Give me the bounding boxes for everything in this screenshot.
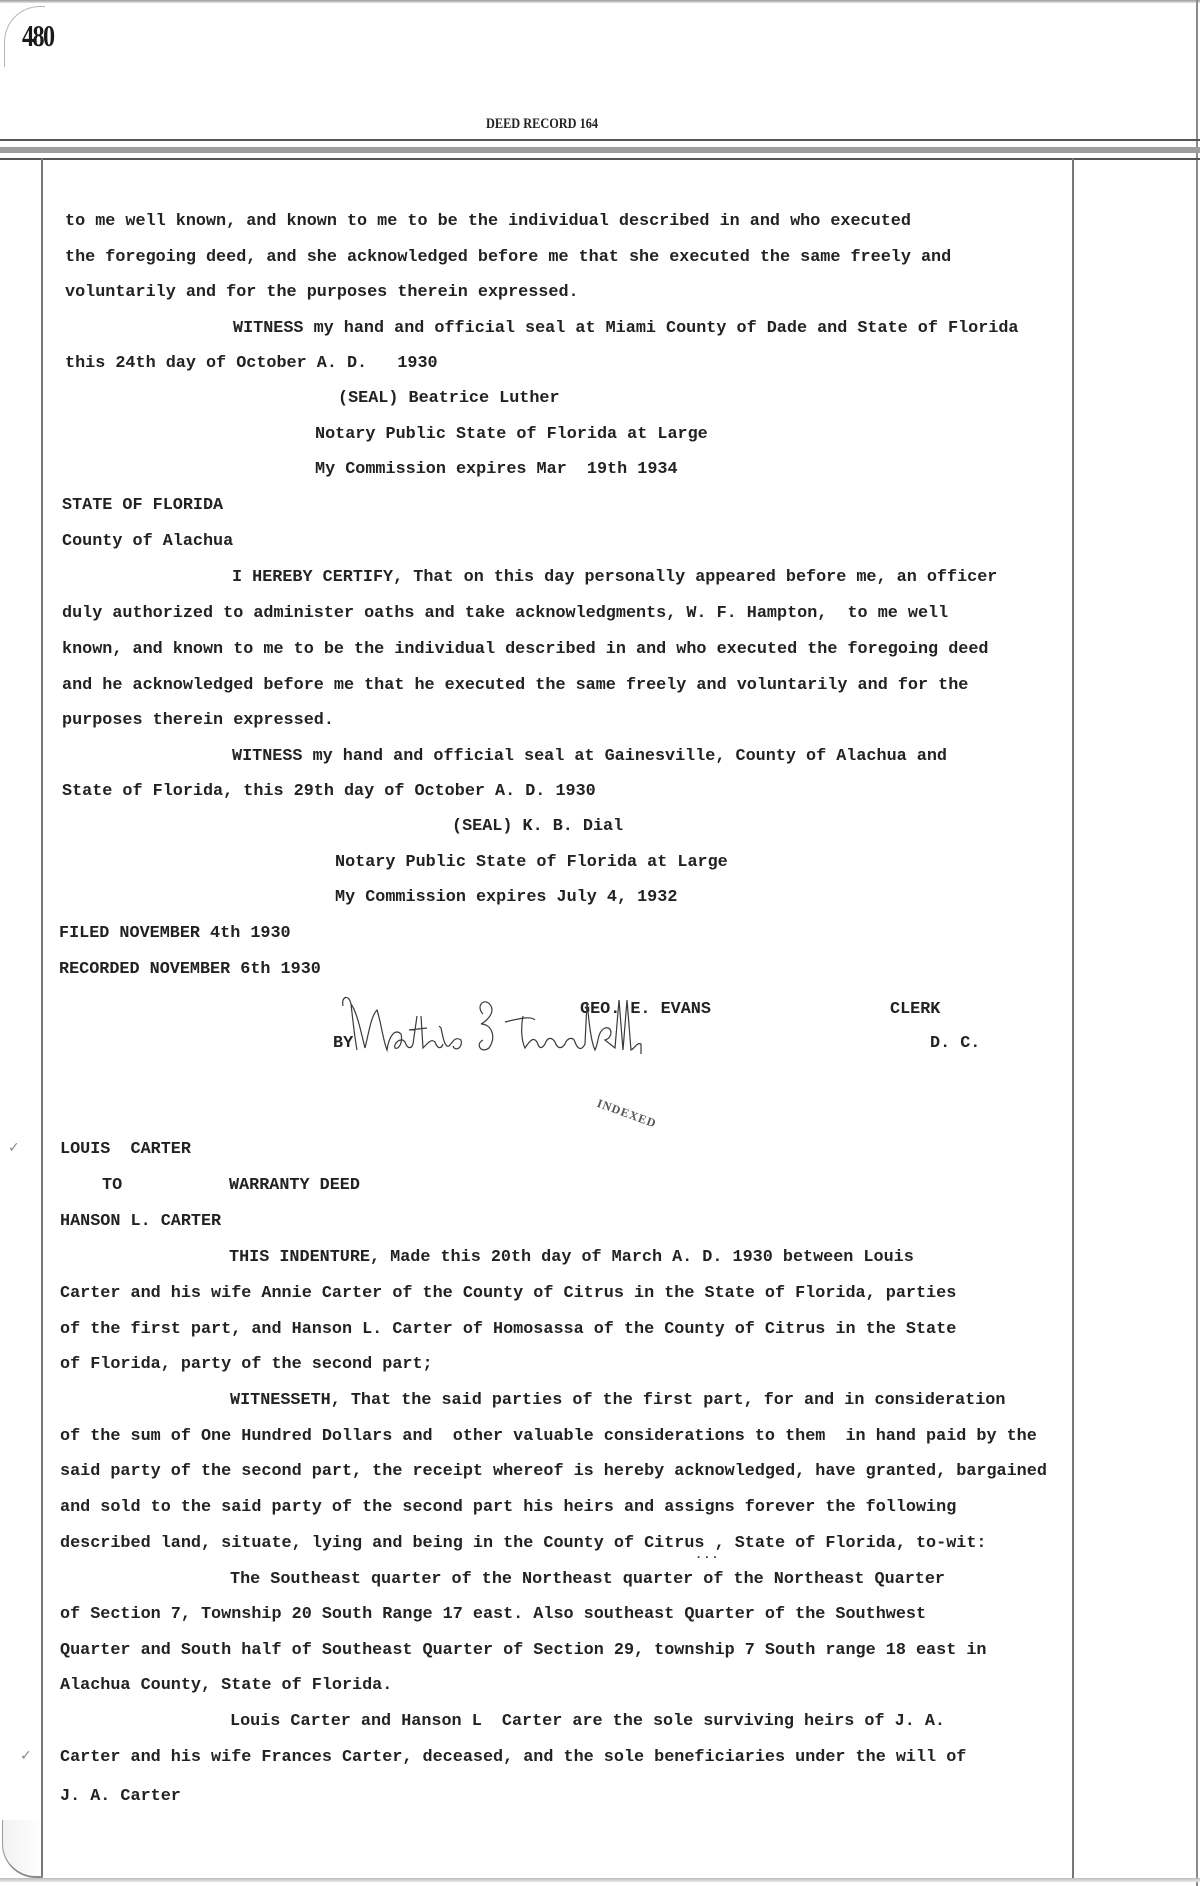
check-mark-icon: ✓ [20,1748,32,1764]
page-corner-curl-bottom-left [2,1820,43,1878]
legal-description-line: The Southeast quarter of the Northeast q… [230,1570,945,1590]
clerk-title: CLERK [890,1000,940,1020]
date-line: this 24th day of October A. D. 1930 [65,354,438,374]
text-line: of Florida, party of the second part; [60,1355,433,1375]
text-line: the foregoing deed, and she acknowledged… [65,248,951,268]
ellipsis-mark: ... [695,1548,720,1562]
right-margin-rule [1072,158,1074,1878]
record-title: DEED RECORD 164 [486,116,598,133]
text-line: known, and known to me to be the individ… [62,640,988,660]
text-line: and sold to the said party of the second… [60,1498,956,1518]
notary-seal-name: (SEAL) K. B. Dial [452,817,623,837]
text-line: described land, situate, lying and being… [60,1534,986,1554]
witness-line: WITNESS my hand and official seal at Gai… [232,747,947,767]
legal-description-line: of Section 7, Township 20 South Range 17… [60,1605,926,1625]
text-line: of the first part, and Hanson L. Carter … [60,1320,956,1340]
notary-title: Notary Public State of Florida at Large [335,853,728,873]
text-line: duly authorized to administer oaths and … [62,604,948,624]
text-line: to me well known, and known to me to be … [65,212,911,232]
text-line: J. A. Carter [60,1787,181,1807]
text-line: said party of the second part, the recei… [60,1462,1047,1482]
handwritten-signature [335,992,725,1064]
check-mark-icon: ✓ [8,1140,20,1156]
header-rule-thick [0,147,1200,153]
certify-line: I HEREBY CERTIFY, That on this day perso… [232,568,997,588]
page-number: 480 [22,18,54,54]
recorded-date: RECORDED NOVEMBER 6th 1930 [59,960,321,980]
date-line: State of Florida, this 29th day of Octob… [62,782,596,802]
heirs-statement-line: Louis Carter and Hanson L Carter are the… [230,1712,945,1732]
commission-expiry: My Commission expires Mar 19th 1934 [315,460,678,480]
page-top-edge [0,0,1200,3]
filed-date: FILED NOVEMBER 4th 1930 [59,924,291,944]
legal-description-line: Quarter and South half of Southeast Quar… [60,1641,986,1661]
text-line: voluntarily and for the purposes therein… [65,283,579,303]
indenture-line: THIS INDENTURE, Made this 20th day of Ma… [229,1248,914,1268]
state-heading: STATE OF FLORIDA [62,496,223,516]
notary-title: Notary Public State of Florida at Large [315,425,708,445]
header-rule-top [0,139,1200,141]
text-line: Carter and his wife Annie Carter of the … [60,1284,956,1304]
header-rule-bottom [0,158,1200,160]
to-label: TO [102,1176,122,1196]
witnesseth-line: WITNESSETH, That the said parties of the… [230,1391,1005,1411]
text-line: of the sum of One Hundred Dollars and ot… [60,1427,1037,1447]
witness-line: WITNESS my hand and official seal at Mia… [233,319,1019,339]
left-margin-rule [41,158,43,1876]
page-bottom-edge [0,1878,1200,1882]
legal-description-line: Alachua County, State of Florida. [60,1676,392,1696]
indexed-stamp: INDEXED [595,1096,659,1131]
grantor-name: LOUIS CARTER [60,1140,191,1160]
text-line: and he acknowledged before me that he ex… [62,676,968,696]
text-line: Carter and his wife Frances Carter, dece… [60,1748,966,1768]
text-line: purposes therein expressed. [62,711,334,731]
county-heading: County of Alachua [62,532,233,552]
notary-seal-name: (SEAL) Beatrice Luther [338,389,560,409]
grantee-name: HANSON L. CARTER [60,1212,221,1232]
deed-type: WARRANTY DEED [229,1176,360,1196]
page-right-edge [1196,0,1198,1886]
deputy-clerk-title: D. C. [930,1034,980,1054]
commission-expiry: My Commission expires July 4, 1932 [335,888,677,908]
